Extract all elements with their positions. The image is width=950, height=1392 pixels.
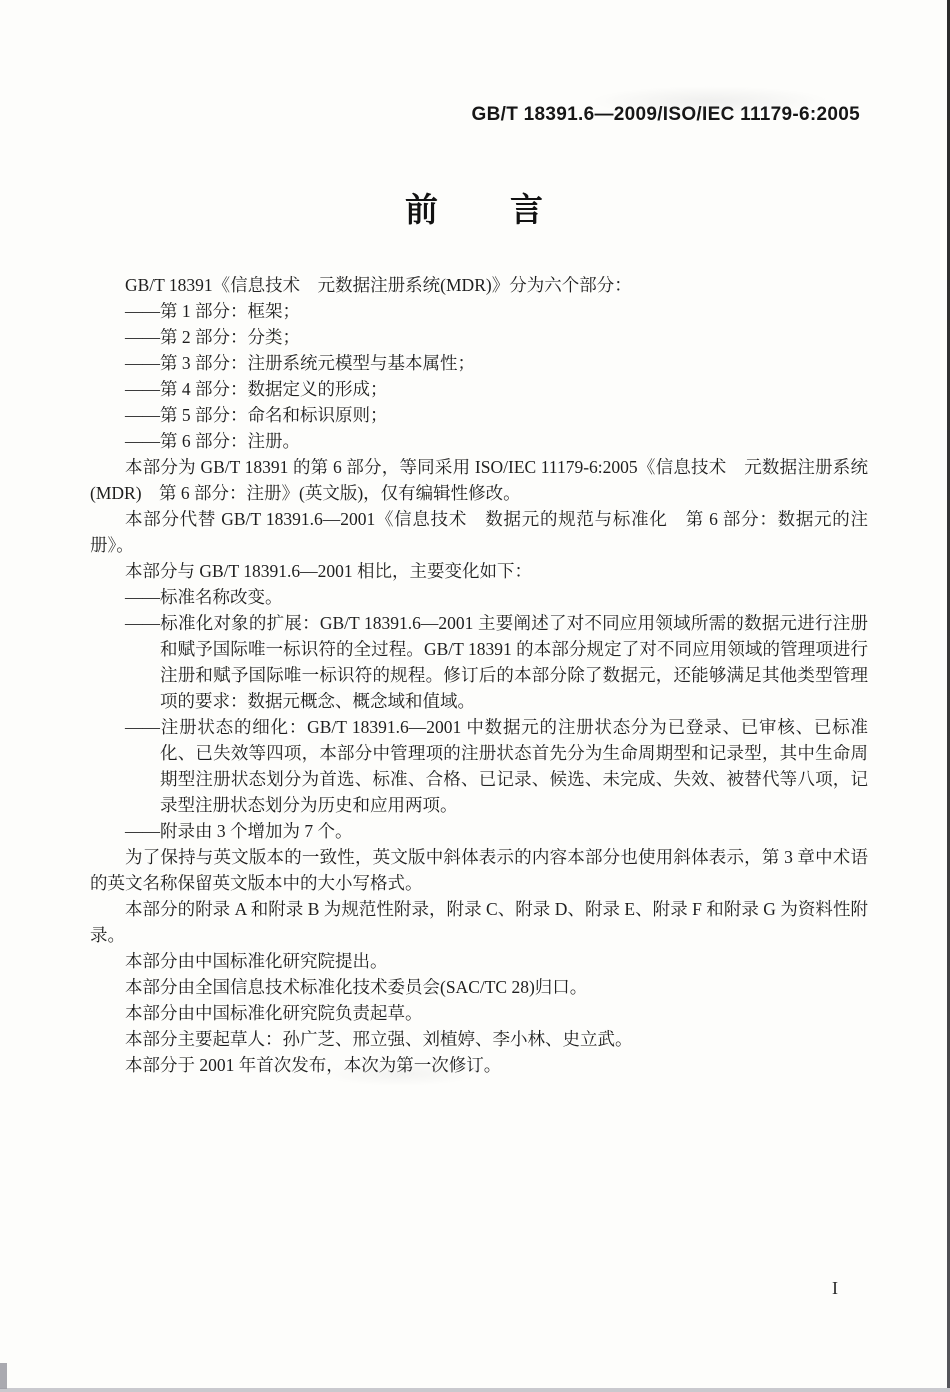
paragraph: GB/T 18391《信息技术 元数据注册系统(MDR)》分为六个部分： <box>90 272 868 298</box>
page-title: 前 言 <box>0 184 950 231</box>
paragraph: 本部分由中国标准化研究院负责起草。 <box>90 1000 868 1026</box>
paragraph: 本部分与 GB/T 18391.6—2001 相比，主要变化如下： <box>90 558 868 584</box>
paragraph: 本部分由全国信息技术标准化技术委员会(SAC/TC 28)归口。 <box>90 974 868 1000</box>
paragraph: ——标准名称改变。 <box>90 584 868 610</box>
page-number: I <box>832 1278 838 1299</box>
paragraph: 本部分主要起草人：孙广芝、邢立强、刘植婷、李小林、史立武。 <box>90 1026 868 1052</box>
paragraph: 为了保持与英文版本的一致性，英文版中斜体表示的内容本部分也使用斜体表示，第 3 … <box>90 844 868 896</box>
paragraph: 本部分的附录 A 和附录 B 为规范性附录，附录 C、附录 D、附录 E、附录 … <box>90 896 868 948</box>
paragraph: ——注册状态的细化：GB/T 18391.6—2001 中数据元的注册状态分为已… <box>90 714 868 818</box>
scan-smudge <box>0 1363 7 1389</box>
paragraph: ——第 2 部分：分类； <box>90 324 868 350</box>
scan-edge-bottom <box>0 1388 950 1392</box>
paragraph: 本部分代替 GB/T 18391.6—2001《信息技术 数据元的规范与标准化 … <box>90 506 868 558</box>
scan-noise <box>590 86 830 116</box>
paragraph: ——第 3 部分：注册系统元模型与基本属性； <box>90 350 868 376</box>
paragraph: ——标准化对象的扩展：GB/T 18391.6—2001 主要阐述了对不同应用领… <box>90 610 868 714</box>
document-page: GB/T 18391.6—2009/ISO/IEC 11179-6:2005 前… <box>0 0 950 1392</box>
scan-noise <box>320 1062 480 1086</box>
paragraph: 本部分为 GB/T 18391 的第 6 部分，等同采用 ISO/IEC 111… <box>90 454 868 506</box>
foreword-body: GB/T 18391《信息技术 元数据注册系统(MDR)》分为六个部分：——第 … <box>90 272 868 1078</box>
paragraph: ——附录由 3 个增加为 7 个。 <box>90 818 868 844</box>
paragraph: ——第 4 部分：数据定义的形成； <box>90 376 868 402</box>
paragraph: ——第 1 部分：框架； <box>90 298 868 324</box>
paragraph: ——第 6 部分：注册。 <box>90 428 868 454</box>
paragraph: ——第 5 部分：命名和标识原则； <box>90 402 868 428</box>
paragraph: 本部分由中国标准化研究院提出。 <box>90 948 868 974</box>
